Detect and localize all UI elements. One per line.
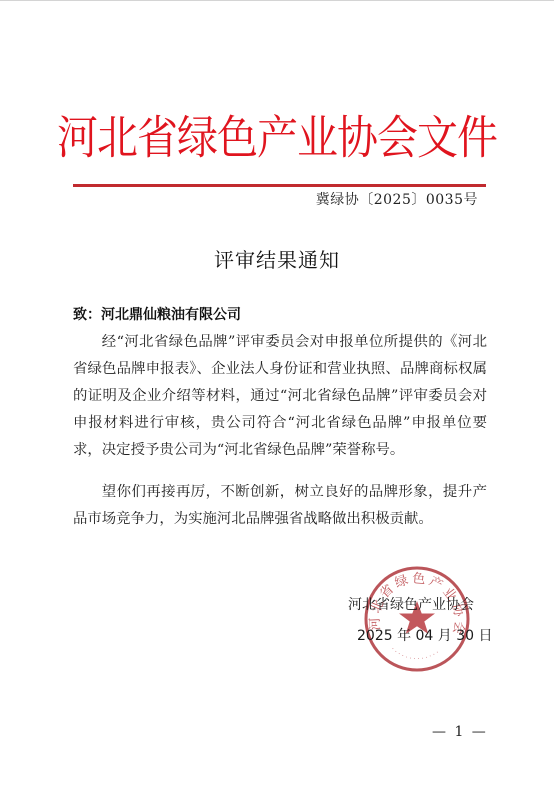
issuer-header-title: 河北省绿色产业协会文件 <box>0 104 554 171</box>
official-seal-stamp: 河北省绿色产业协会 ············· <box>363 565 471 673</box>
body-paragraph-1: 经“河北省绿色品牌”评审委员会对申报单位所提供的《河北省绿色品牌申报表》、企业法… <box>73 329 487 464</box>
page-top-edge <box>0 0 554 1</box>
signature-date: 2025 年 04 月 30 日 <box>357 626 493 646</box>
document-number: 冀绿协〔2025〕0035号 <box>316 190 478 210</box>
recipient-line: 致：河北鼎仙粮油有限公司 <box>73 303 241 327</box>
page-number: — 1 — <box>432 722 488 742</box>
svg-text:·············: ············· <box>389 646 441 662</box>
notice-title: 评审结果通知 <box>0 245 554 275</box>
signature-organization: 河北省绿色产业协会 <box>348 595 474 615</box>
body-paragraph-2: 望你们再接再厉，不断创新，树立良好的品牌形象，提升产品市场竞争力，为实施河北品牌… <box>73 479 487 533</box>
header-red-rule <box>73 184 486 187</box>
